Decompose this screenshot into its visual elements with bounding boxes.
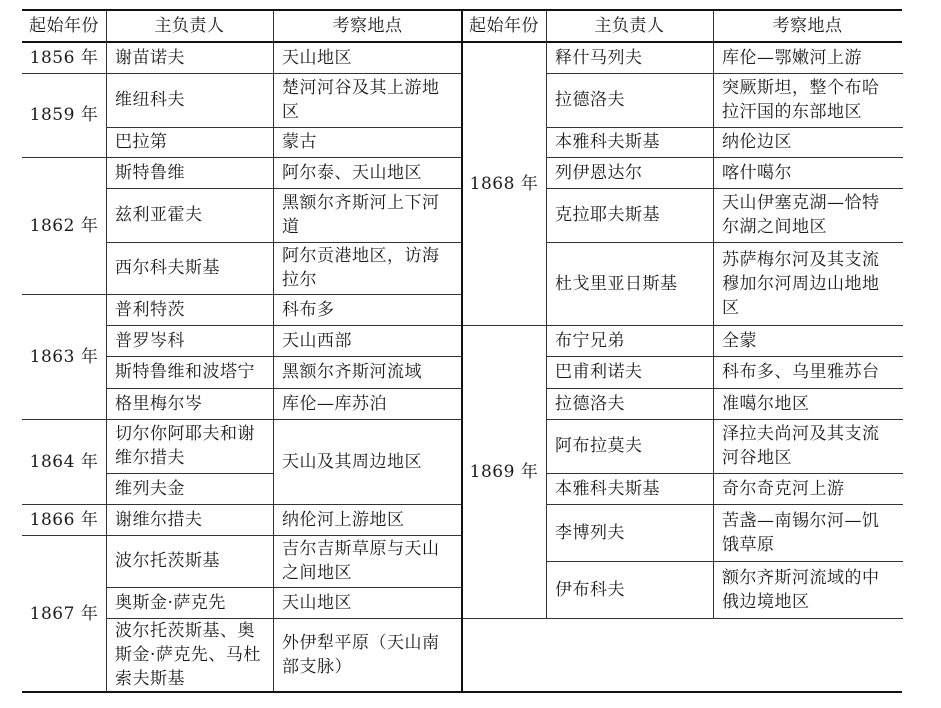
- location-cell: 准噶尔地区: [713, 388, 902, 419]
- location-cell-text: 黑额尔齐斯河流域: [282, 360, 422, 384]
- leader-cell-text: 克拉耶夫斯基: [555, 203, 660, 227]
- leader-cell-text: 维列夫金: [115, 477, 185, 501]
- location-cell: 额尔齐斯河流域的中俄边境地区: [713, 561, 902, 618]
- location-cell: 楚河河谷及其上游地区: [273, 73, 462, 127]
- row-divider: [713, 188, 903, 189]
- location-cell-text: 科布多: [282, 298, 335, 322]
- row-divider: [546, 561, 714, 562]
- row-divider: [273, 388, 463, 389]
- row-divider: [273, 242, 463, 243]
- leader-cell: 兹利亚霍夫: [106, 188, 273, 242]
- row-divider: [106, 535, 274, 536]
- leader-cell: 格里梅尔岑: [106, 388, 273, 419]
- leader-cell: 奥斯金·萨克先: [106, 587, 273, 618]
- leader-cell-text: 斯特鲁维和波塔宁: [115, 360, 255, 384]
- row-divider: [713, 561, 903, 562]
- row-divider: [546, 419, 714, 420]
- leader-cell-text: 普罗岑科: [115, 329, 185, 353]
- year-cell-text: 1863 年: [30, 345, 99, 369]
- location-cell: 天山地区: [273, 587, 462, 618]
- leader-cell-text: 波尔托茨斯基、奥斯金·萨克先、马杜索夫斯基: [115, 619, 264, 691]
- leader-cell-text: 斯特鲁维: [115, 161, 185, 185]
- row-divider: [713, 325, 903, 326]
- leader-cell-text: 列伊恩达尔: [555, 161, 643, 185]
- leader-cell-text: 拉德洛夫: [555, 88, 625, 112]
- leader-cell-text: 切尔你阿耶夫和谢维尔措夫: [115, 422, 264, 470]
- leader-cell: 波尔托茨斯基: [106, 535, 273, 587]
- leader-cell-text: 波尔托茨斯基: [115, 549, 220, 573]
- row-divider: [106, 242, 274, 243]
- location-cell: 喀什噶尔: [713, 157, 902, 188]
- leader-cell-text: 本雅科夫斯基: [555, 477, 660, 501]
- location-cell: 奇尔奇克河上游: [713, 473, 902, 504]
- leader-cell-text: 杜戈里亚日斯基: [555, 272, 678, 296]
- leader-cell: 拉德洛夫: [546, 73, 713, 127]
- row-divider: [273, 419, 463, 420]
- leader-cell-text: 谢苗诺夫: [115, 46, 185, 70]
- location-cell-text: 额尔齐斯河流域的中俄边境地区: [722, 566, 893, 614]
- location-cell: 天山地区: [273, 42, 462, 73]
- row-divider: [22, 504, 107, 505]
- leader-cell: 西尔科夫斯基: [106, 242, 273, 294]
- leader-cell-text: 巴甫利诺夫: [555, 360, 643, 384]
- leader-cell: 杜戈里亚日斯基: [546, 242, 713, 325]
- leader-cell-text: 布宁兄弟: [555, 329, 625, 353]
- leader-cell: 拉德洛夫: [546, 388, 713, 419]
- row-divider: [22, 419, 107, 420]
- row-divider: [273, 504, 463, 505]
- row-divider: [546, 188, 714, 189]
- row-divider: [273, 587, 463, 588]
- year-cell-text: 1869 年: [470, 460, 539, 484]
- location-cell: 纳伦河上游地区: [273, 504, 462, 535]
- row-divider: [106, 388, 274, 389]
- row-divider: [106, 473, 274, 474]
- leader-cell: 伊布科夫: [546, 561, 713, 618]
- leader-cell: 本雅科夫斯基: [546, 127, 713, 157]
- leader-cell: 阿布拉莫夫: [546, 419, 713, 473]
- location-cell-text: 泽拉夫尚河及其支流河谷地区: [722, 422, 893, 470]
- row-divider: [546, 504, 714, 505]
- row-divider: [106, 294, 274, 295]
- leader-cell-text: 拉德洛夫: [555, 392, 625, 416]
- leader-cell: 李博列夫: [546, 504, 713, 561]
- leader-cell: 普罗岑科: [106, 325, 273, 356]
- year-cell-text: 1859 年: [30, 103, 99, 127]
- year-cell-text: 1856 年: [30, 46, 99, 70]
- row-divider: [22, 535, 107, 536]
- location-cell-text: 准噶尔地区: [722, 392, 810, 416]
- location-cell: 天山西部: [273, 325, 462, 356]
- year-cell: 1867 年: [22, 535, 106, 692]
- header-leader-right: 主负责人: [546, 10, 713, 42]
- row-divider: [713, 73, 903, 74]
- location-cell-text: 库伦—库苏泊: [282, 392, 387, 416]
- location-cell-text: 纳伦边区: [722, 130, 792, 154]
- row-divider: [106, 73, 274, 74]
- year-cell: 1856 年: [22, 42, 106, 73]
- location-cell: 天山及其周边地区: [273, 419, 462, 504]
- location-cell-text: 全蒙: [722, 329, 757, 353]
- year-cell: 1863 年: [22, 294, 106, 419]
- location-cell: 库伦—鄂嫩河上游: [713, 42, 902, 73]
- leader-cell-text: 巴拉第: [115, 130, 168, 154]
- location-cell: 全蒙: [713, 325, 902, 356]
- location-cell-text: 喀什噶尔: [722, 161, 792, 185]
- header-label: 主负责人: [155, 14, 225, 38]
- location-cell-text: 天山伊塞克湖—恰特尔湖之间地区: [722, 191, 893, 239]
- row-divider: [546, 325, 714, 326]
- location-cell: 吉尔吉斯草原与天山之间地区: [273, 535, 462, 587]
- row-divider: [713, 157, 903, 158]
- row-divider: [273, 294, 463, 295]
- header-leader-left: 主负责人: [106, 10, 273, 42]
- year-cell: 1866 年: [22, 504, 106, 535]
- leader-cell-text: 兹利亚霍夫: [115, 203, 203, 227]
- row-divider: [546, 388, 714, 389]
- leader-cell: 克拉耶夫斯基: [546, 188, 713, 242]
- location-cell: 科布多、乌里雅苏台: [713, 356, 902, 388]
- header-label: 起始年份: [469, 14, 539, 38]
- row-divider: [273, 325, 463, 326]
- location-cell: 科布多: [273, 294, 462, 325]
- leader-cell-text: 伊布科夫: [555, 578, 625, 602]
- year-cell: 1864 年: [22, 419, 106, 504]
- year-cell-text: 1864 年: [30, 450, 99, 474]
- leader-cell-text: 谢维尔措夫: [115, 508, 203, 532]
- leader-cell-text: 普利特茨: [115, 298, 185, 322]
- location-cell: 苦盏—南锡尔河—饥饿草原: [713, 504, 902, 561]
- row-divider: [546, 356, 714, 357]
- row-divider: [106, 587, 274, 588]
- leader-cell-text: 格里梅尔岑: [115, 392, 203, 416]
- row-divider: [273, 127, 463, 128]
- leader-cell: 斯特鲁维和波塔宁: [106, 356, 273, 388]
- leader-cell: 普利特茨: [106, 294, 273, 325]
- row-divider: [273, 73, 463, 74]
- header-start-year-right: 起始年份: [462, 10, 546, 42]
- year-cell: 1869 年: [462, 325, 546, 618]
- year-cell: 1862 年: [22, 157, 106, 294]
- location-cell: 外伊犁平原（天山南部支脉）: [273, 618, 462, 692]
- location-cell-text: 天山及其周边地区: [282, 450, 422, 474]
- column-divider: [106, 10, 107, 692]
- row-divider: [22, 73, 107, 74]
- leader-cell: 巴甫利诺夫: [546, 356, 713, 388]
- row-divider: [546, 127, 714, 128]
- leader-cell: 列伊恩达尔: [546, 157, 713, 188]
- row-divider: [713, 242, 903, 243]
- header-label: 考察地点: [333, 14, 403, 38]
- row-divider: [546, 473, 714, 474]
- location-cell-text: 楚河河谷及其上游地区: [282, 76, 453, 124]
- leader-cell: 波尔托茨斯基、奥斯金·萨克先、马杜索夫斯基: [106, 618, 273, 692]
- location-cell: 纳伦边区: [713, 127, 902, 157]
- leader-cell-text: 西尔科夫斯基: [115, 256, 220, 280]
- row-divider: [106, 127, 274, 128]
- leader-cell-text: 释什马列夫: [555, 46, 643, 70]
- expedition-table: 起始年份 主负责人 考察地点 起始年份 主负责人 考察地点 1856 年1859…: [0, 0, 941, 708]
- leader-cell: 释什马列夫: [546, 42, 713, 73]
- year-cell-text: 1868 年: [470, 172, 539, 196]
- location-cell-text: 苦盏—南锡尔河—饥饿草原: [722, 509, 893, 557]
- row-divider: [106, 618, 274, 619]
- row-divider: [273, 188, 463, 189]
- location-cell: 天山伊塞克湖—恰特尔湖之间地区: [713, 188, 902, 242]
- row-divider: [273, 157, 463, 158]
- header-label: 起始年份: [29, 14, 99, 38]
- location-cell-text: 天山地区: [282, 591, 352, 615]
- row-divider: [713, 356, 903, 357]
- column-divider: [546, 10, 547, 618]
- location-cell-text: 阿尔泰、天山地区: [282, 161, 422, 185]
- year-cell-text: 1866 年: [30, 508, 99, 532]
- row-divider: [273, 535, 463, 536]
- row-divider: [546, 618, 714, 619]
- row-divider: [22, 294, 107, 295]
- row-divider: [273, 618, 463, 619]
- leader-cell: 谢维尔措夫: [106, 504, 273, 535]
- row-divider: [713, 618, 903, 619]
- row-divider: [462, 618, 547, 619]
- location-cell-text: 纳伦河上游地区: [282, 508, 405, 532]
- location-cell-text: 天山地区: [282, 46, 352, 70]
- location-cell: 黑额尔齐斯河流域: [273, 356, 462, 388]
- row-divider: [106, 157, 274, 158]
- year-cell-text: 1867 年: [30, 602, 99, 626]
- leader-cell-text: 阿布拉莫夫: [555, 434, 643, 458]
- row-divider: [273, 356, 463, 357]
- location-cell: 黑额尔齐斯河上下河道: [273, 188, 462, 242]
- center-divider: [461, 10, 463, 692]
- location-cell-text: 外伊犁平原（天山南部支脉）: [282, 631, 453, 679]
- row-divider: [713, 473, 903, 474]
- location-cell-text: 奇尔奇克河上游: [722, 477, 845, 501]
- location-cell: 库伦—库苏泊: [273, 388, 462, 419]
- leader-cell-text: 奥斯金·萨克先: [115, 591, 226, 615]
- location-cell: 苏萨梅尔河及其支流穆加尔河周边山地地区: [713, 242, 902, 325]
- row-divider: [106, 188, 274, 189]
- location-cell-text: 阿尔贡港地区，访海拉尔: [282, 244, 453, 292]
- row-divider: [106, 356, 274, 357]
- leader-cell: 谢苗诺夫: [106, 42, 273, 73]
- column-divider: [273, 10, 274, 692]
- year-cell: 1859 年: [22, 73, 106, 157]
- row-divider: [713, 419, 903, 420]
- leader-cell-text: 维纽科夫: [115, 88, 185, 112]
- row-divider: [22, 157, 107, 158]
- header-location-left: 考察地点: [273, 10, 462, 42]
- leader-cell-text: 李博列夫: [555, 521, 625, 545]
- year-cell: 1868 年: [462, 42, 546, 325]
- year-cell-text: 1862 年: [30, 214, 99, 238]
- location-cell: 阿尔贡港地区，访海拉尔: [273, 242, 462, 294]
- location-cell-text: 天山西部: [282, 329, 352, 353]
- location-cell-text: 蒙古: [282, 130, 317, 154]
- header-label: 考察地点: [773, 14, 843, 38]
- leader-cell: 巴拉第: [106, 127, 273, 157]
- row-divider: [462, 325, 547, 326]
- row-divider: [713, 504, 903, 505]
- location-cell-text: 库伦—鄂嫩河上游: [722, 46, 862, 70]
- location-cell: 突厥斯坦，整个布哈拉汗国的东部地区: [713, 73, 902, 127]
- location-cell: 蒙古: [273, 127, 462, 157]
- row-divider: [713, 127, 903, 128]
- location-cell-text: 科布多、乌里雅苏台: [722, 360, 880, 384]
- leader-cell-text: 本雅科夫斯基: [555, 130, 660, 154]
- location-cell-text: 黑额尔齐斯河上下河道: [282, 191, 453, 239]
- location-cell-text: 突厥斯坦，整个布哈拉汗国的东部地区: [722, 76, 893, 124]
- row-divider: [546, 157, 714, 158]
- leader-cell: 斯特鲁维: [106, 157, 273, 188]
- row-divider: [106, 419, 274, 420]
- location-cell-text: 苏萨梅尔河及其支流穆加尔河周边山地地区: [722, 248, 893, 320]
- column-divider: [713, 10, 714, 618]
- location-cell: 阿尔泰、天山地区: [273, 157, 462, 188]
- leader-cell: 维列夫金: [106, 473, 273, 504]
- row-divider: [106, 504, 274, 505]
- row-divider: [106, 325, 274, 326]
- leader-cell: 切尔你阿耶夫和谢维尔措夫: [106, 419, 273, 473]
- leader-cell: 布宁兄弟: [546, 325, 713, 356]
- row-divider: [546, 73, 714, 74]
- header-label: 主负责人: [595, 14, 665, 38]
- leader-cell: 维纽科夫: [106, 73, 273, 127]
- header-location-right: 考察地点: [713, 10, 902, 42]
- header-start-year-left: 起始年份: [22, 10, 106, 42]
- location-cell: 泽拉夫尚河及其支流河谷地区: [713, 419, 902, 473]
- leader-cell: 本雅科夫斯基: [546, 473, 713, 504]
- row-divider: [713, 388, 903, 389]
- row-divider: [546, 242, 714, 243]
- location-cell-text: 吉尔吉斯草原与天山之间地区: [282, 537, 453, 585]
